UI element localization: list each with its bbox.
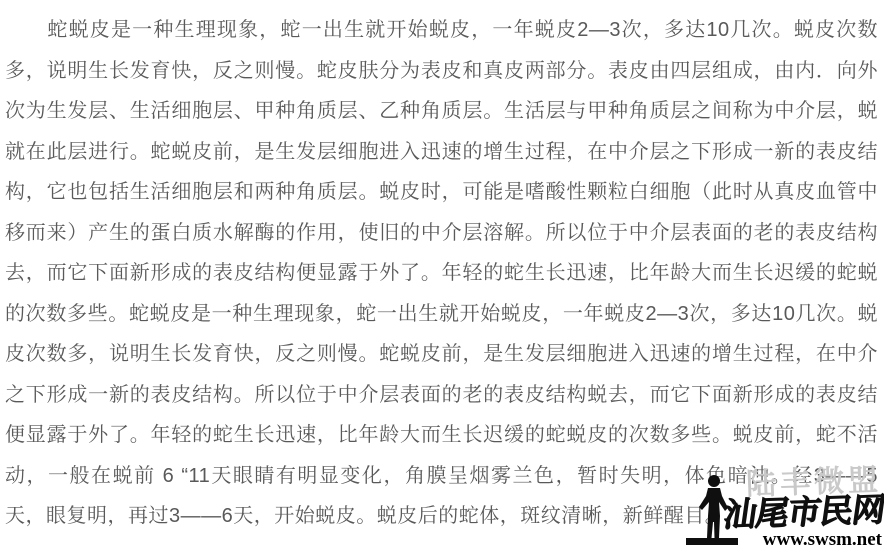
- watermark-site-url: www.swsm.net: [763, 529, 882, 551]
- text-line: 的次数多些。蛇蜕皮是一种生理现象，蛇一出生就开始蜕皮，一年蜕皮2—3次，多达10…: [5, 294, 878, 335]
- text-line: 构，它也包括生活细胞层和两种角质层。蜕皮时，可能是嗜酸性颗粒白细胞（此时从真皮血…: [5, 172, 878, 213]
- text-line: 移而来）产生的蛋白质水解酶的作用，使旧的中介层溶解。所以位于中介层表面的老的表皮…: [5, 213, 878, 254]
- text-line: 便显露于外了。年轻的蛇生长迅速，比年龄大而生长迟缓的蛇蜕皮的次数多些。蜕皮前，蛇…: [5, 415, 878, 456]
- text-line: 次为生发层、生活细胞层、甲种角质层、乙种角质层。生活层与甲种角质层之间称为中介层…: [5, 91, 878, 132]
- text-line: 多，说明生长发育快，反之则慢。蛇皮肤分为表皮和真皮两部分。表皮由四层组成，由内．…: [5, 51, 878, 92]
- text-line: 就在此层进行。蛇蜕皮前，是生发层细胞进入迅速的增生过程，在中介层之下形成一新的表…: [5, 132, 878, 173]
- text-line: 去，而它下面新形成的表皮结构便显露于外了。年轻的蛇生长迅速，比年龄大而生长迟缓的…: [5, 253, 878, 294]
- text-line: 之下形成一新的表皮结构。所以位于中介层表面的老的表皮结构蜕去，而它下面新形成的表…: [5, 375, 878, 416]
- watermark: 陆丰微盟 汕尾市民网 www.swsm.net: [684, 457, 884, 549]
- watermark-site-name: 汕尾市民网: [720, 483, 884, 536]
- text-line: 皮次数多，说明生长发育快，反之则慢。蛇蜕皮前，是生发层细胞进入迅速的增生过程，在…: [5, 334, 878, 375]
- text-line: 蛇蜕皮是一种生理现象，蛇一出生就开始蜕皮，一年蜕皮2—3次，多达10几次。蜕皮次…: [5, 10, 878, 51]
